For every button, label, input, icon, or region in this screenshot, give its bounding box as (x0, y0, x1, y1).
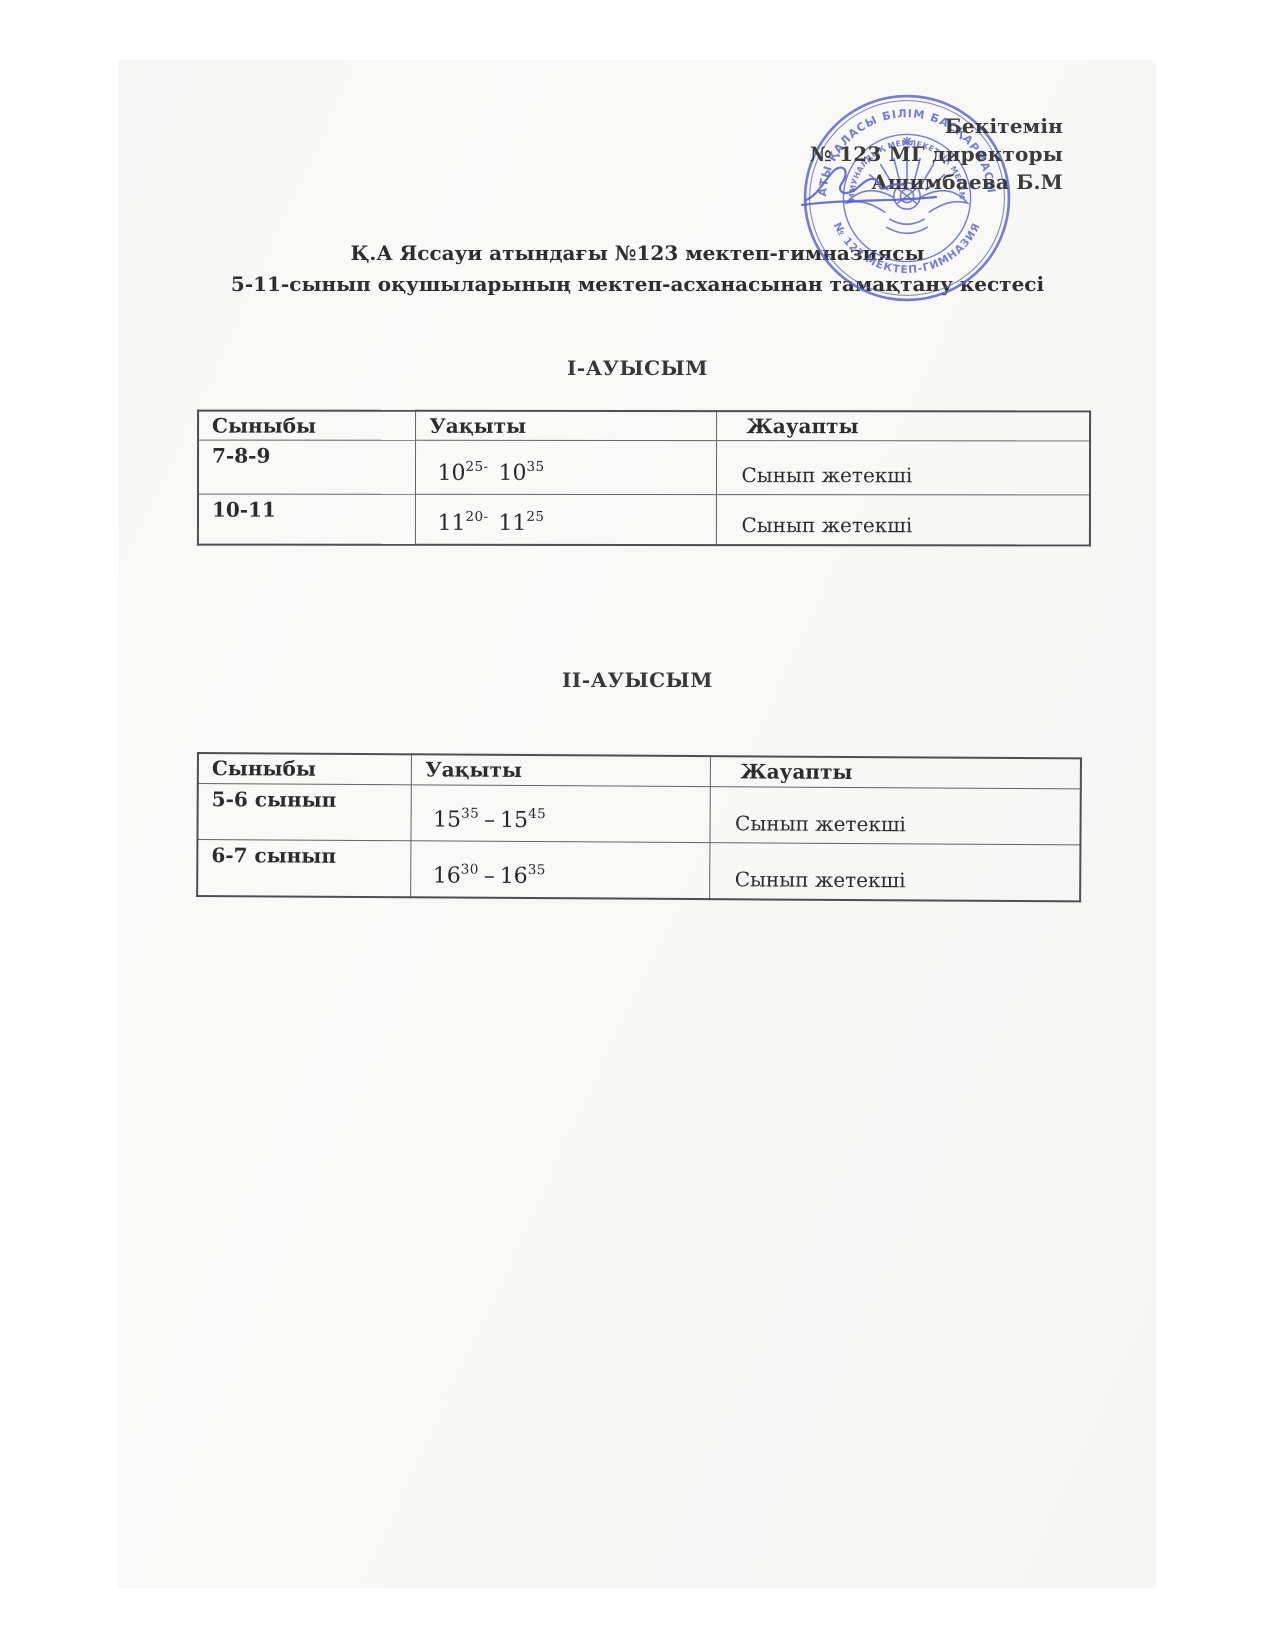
scanned-document-page: Бекітемін № 123 МГ директоры Ашимбаева Б… (0, 0, 1275, 1650)
column-header-class: Сыныбы (198, 753, 411, 784)
grade-cell: 7-8-9 (198, 440, 415, 494)
shift2-heading: ІІ-АУЫСЫМ (0, 668, 1275, 692)
column-header-time: Уақыты (411, 754, 710, 786)
time-value: 1630–1635 (433, 863, 546, 889)
shift2-table: Сыныбы Уақыты Жауапты 5-6 сынып 1535–154… (196, 752, 1080, 902)
responsible-cell: Сынып жетекші (709, 786, 1080, 844)
grade-cell: 10-11 (198, 494, 415, 544)
grade-cell: 5-6 сынып (197, 783, 410, 840)
time-value: 1535–1545 (433, 807, 546, 833)
column-header-time: Уақыты (415, 411, 716, 441)
responsible-cell: Сынып жетекші (709, 842, 1080, 901)
table-header-row: Сыныбы Уақыты Жауапты (198, 411, 1090, 441)
table-row: 10-11 1120-1125 Сынып жетекші (198, 494, 1090, 545)
time-cell: 1630–1635 (410, 840, 709, 899)
column-header-class: Сыныбы (198, 411, 415, 441)
table-row: 7-8-9 1025-1035 Сынып жетекші (198, 440, 1090, 495)
time-cell: 1025-1035 (415, 440, 716, 494)
responsible-cell: Сынып жетекші (716, 495, 1090, 545)
column-header-responsible: Жауапты (710, 756, 1081, 788)
time-cell: 1120-1125 (415, 494, 716, 544)
shift1-heading: І-АУЫСЫМ (0, 356, 1275, 380)
time-cell: 1535–1545 (410, 784, 709, 842)
approval-word: Бекітемін (810, 112, 1063, 140)
shift1-table: Сыныбы Уақыты Жауапты 7-8-9 1025-1035 Сы… (197, 410, 1089, 546)
responsible-cell: Сынып жетекші (716, 441, 1090, 495)
grade-cell: 6-7 сынып (197, 839, 410, 897)
time-value: 1025-1035 (437, 461, 544, 486)
director-signature-icon (798, 158, 958, 213)
document-subtitle: 5-11-сынып оқушыларының мектеп-асханасын… (0, 272, 1275, 296)
time-value: 1120-1125 (437, 510, 544, 535)
column-header-responsible: Жауапты (716, 411, 1090, 441)
document-title: Қ.А Яссауи атындағы №123 мектеп-гимназия… (0, 241, 1275, 265)
table-row: 6-7 сынып 1630–1635 Сынып жетекші (197, 839, 1080, 901)
table-row: 5-6 сынып 1535–1545 Сынып жетекші (197, 783, 1080, 844)
